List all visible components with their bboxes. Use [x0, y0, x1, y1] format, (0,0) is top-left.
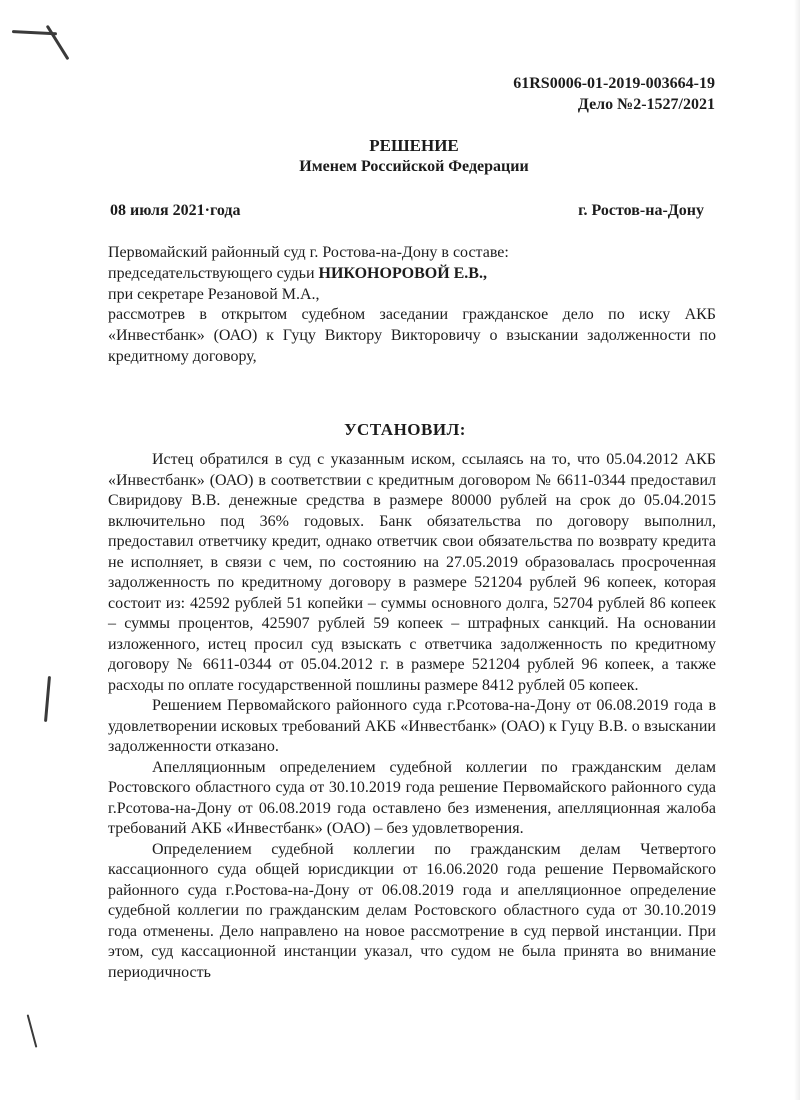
judge-line: председательствующего судьи НИКОНОРОВОЙ … [108, 264, 716, 285]
court-name-line: Первомайский районный суд г. Ростова-на-… [108, 243, 716, 264]
document-title: РЕШЕНИЕ [14, 136, 800, 156]
case-description: рассмотрев в открытом судебном заседании… [108, 305, 716, 367]
secretary-line: при секретаре Резановой М.А., [108, 285, 716, 306]
pen-mark-left-middle [44, 676, 51, 722]
case-identifiers: 61RS0006-01-2019-003664-19 Дело №2-1527/… [513, 73, 715, 115]
paragraph-cassation: Определением судебной коллегии по гражда… [108, 840, 716, 984]
section-heading-established: УСТАНОВИЛ: [0, 420, 800, 440]
court-composition: Первомайский районный суд г. Ростова-на-… [108, 243, 716, 368]
decision-date: 08 июля 2021·года [110, 202, 241, 220]
paragraph-claim: Истец обратился в суд с указанным иском,… [108, 450, 716, 696]
paragraph-first-decision: Решением Первомайского районного суда г.… [108, 696, 716, 758]
case-number: Дело №2-1527/2021 [513, 94, 715, 115]
decision-place: г. Ростов-на-Дону [578, 202, 704, 220]
paragraph-appeal: Апелляционным определением судебной колл… [108, 758, 716, 840]
document-page: 61RS0006-01-2019-003664-19 Дело №2-1527/… [0, 0, 800, 1100]
pen-mark-left-bottom [27, 1014, 38, 1047]
case-uid: 61RS0006-01-2019-003664-19 [513, 73, 715, 94]
document-subtitle: Именем Российской Федерации [14, 158, 800, 176]
decision-body: Истец обратился в суд с указанным иском,… [108, 450, 716, 983]
judge-prefix: председательствующего судьи [108, 265, 319, 282]
judge-name: НИКОНОРОВОЙ Е.В., [319, 265, 487, 282]
pen-mark-top-left-diagonal [46, 25, 70, 61]
